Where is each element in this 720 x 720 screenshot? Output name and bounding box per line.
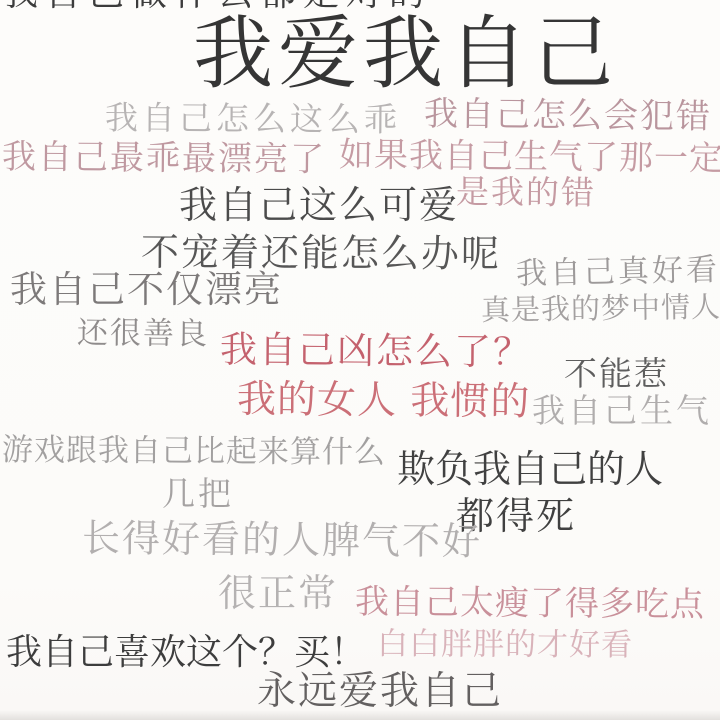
phrase: 游戏跟我自己比起来算什么 [2, 433, 386, 470]
phrase: 还很善良 [77, 316, 209, 351]
phrase: 我自己怎么会犯错 [424, 96, 712, 136]
phrase: 我的女人 我惯的 [237, 379, 531, 424]
meme-canvas: 我自己做什么都是对的 我爱我自己 我自己怎么这么乖 我自己怎么会犯错 我自己最乖… [0, 0, 720, 720]
phrase: 我自己怎么这么乖 [105, 100, 401, 138]
phrase: 欺负我自己的人 [397, 449, 663, 491]
phrase: 不能惹 [564, 356, 669, 392]
phrase: 我自己喜欢这个？买！ [6, 633, 366, 673]
phrase: 很正常 [218, 573, 338, 615]
phrase: 我自己真好看 [516, 253, 720, 291]
phrase: 我自己最乖最漂亮了 [2, 139, 326, 179]
phrase: 白白胖胖的才好看 [377, 627, 633, 662]
phrase: 我自己这么可爱 [179, 185, 459, 227]
phrase: 我自己凶怎么了？ [220, 330, 532, 373]
phrase: 是我的错 [456, 174, 596, 212]
phrase: 永远爱我自己 [257, 671, 503, 714]
phrase: 我自己生气 [532, 393, 712, 429]
phrase: 长得好看的人脾气不好 [82, 518, 482, 563]
phrase: 真是我的梦中情人 [481, 292, 720, 327]
phrase: 我自己不仅漂亮 [10, 270, 283, 311]
phrase: 我自己太瘦了得多吃点 [355, 584, 705, 624]
main-title: 我爱我自己 [193, 10, 618, 98]
phrase: 几把 [162, 476, 234, 512]
